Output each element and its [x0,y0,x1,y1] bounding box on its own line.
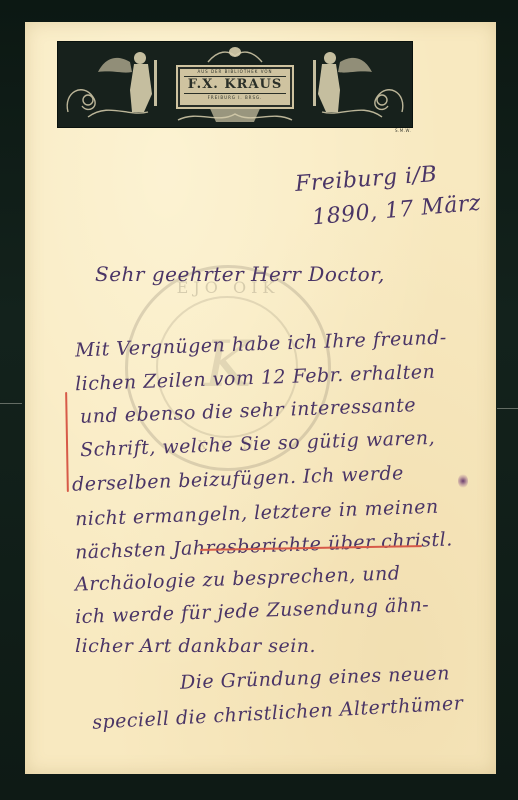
letter-salutation: Sehr geehrter Herr Doctor, [95,262,385,286]
border-crease-right [497,408,518,409]
ink-blot [458,474,468,488]
letterhead-banner: AUS DER BIBLIOTHEK VON F.X. KRAUS FREIBU… [57,41,413,128]
border-crease-left [0,403,22,404]
bookplate-label: AUS DER BIBLIOTHEK VON F.X. KRAUS FREIBU… [178,67,292,107]
letter-line: licher Art dankbar sein. [75,635,316,657]
printer-mark: S.M.W. [395,128,411,133]
letterhead-bottom-line: FREIBURG I. BRSG. [180,95,290,101]
letterhead-top-line: AUS DER BIBLIOTHEK VON [180,69,290,75]
letterhead-name: F.X. KRAUS [184,76,286,94]
